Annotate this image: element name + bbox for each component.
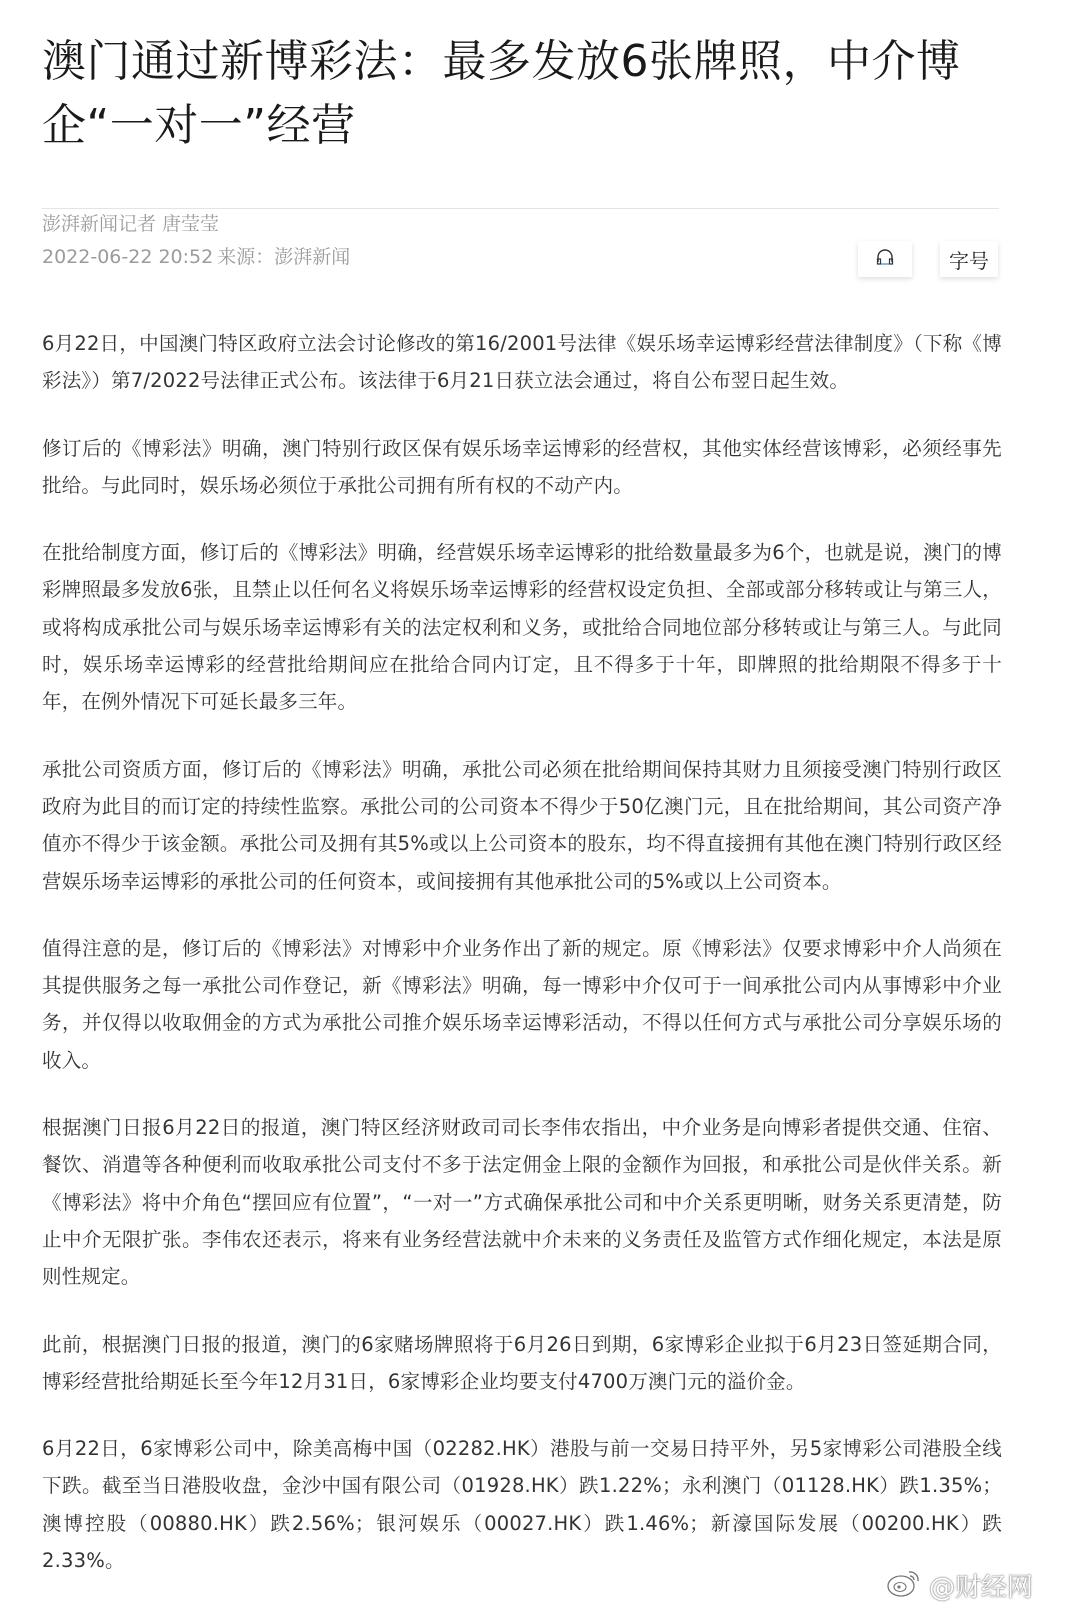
- source-name[interactable]: 澎湃新闻: [274, 246, 350, 268]
- article-body: 6月22日，中国澳门特区政府立法会讨论修改的第16/2001号法律《娱乐场幸运博…: [42, 325, 1002, 1609]
- article-title: 澳门通过新博彩法：最多发放6张牌照，中介博企“一对一”经营: [42, 30, 1042, 158]
- paragraph: 此前，根据澳门日报的报道，澳门的6家赌场牌照将于6月26日到期，6家博彩企业拟于…: [42, 1326, 1002, 1401]
- header-divider: [42, 208, 999, 209]
- watermark: @财经网: [885, 1567, 1033, 1603]
- paragraph: 根据澳门日报6月22日的报道，澳门特区经济财政司司长李伟农指出，中介业务是向博彩…: [42, 1109, 1002, 1295]
- paragraph: 值得注意的是，修订后的《博彩法》对博彩中介业务作出了新的规定。原《博彩法》仅要求…: [42, 930, 1002, 1079]
- article-byline: 澎湃新闻记者 唐莹莹: [42, 210, 219, 238]
- paragraph: 承批公司资质方面，修订后的《博彩法》明确，承批公司必须在批给期间保持其财力且须接…: [42, 751, 1002, 900]
- weibo-icon: [885, 1566, 929, 1605]
- paragraph: 修订后的《博彩法》明确，澳门特别行政区保有娱乐场幸运博彩的经营权，其他实体经营该…: [42, 430, 1002, 505]
- article-meta: 2022-06-22 20:52来源：澎湃新闻: [42, 243, 354, 271]
- paragraph: 6月22日，6家博彩公司中，除美高梅中国（02282.HK）港股与前一交易日持平…: [42, 1430, 1002, 1579]
- font-size-button[interactable]: 字号: [940, 241, 998, 277]
- source-label: 来源：: [217, 246, 274, 268]
- listen-audio-button[interactable]: [858, 241, 912, 277]
- headphones-icon: [875, 248, 895, 270]
- paragraph: 6月22日，中国澳门特区政府立法会讨论修改的第16/2001号法律《娱乐场幸运博…: [42, 325, 1002, 400]
- paragraph: 在批给制度方面，修订后的《博彩法》明确，经营娱乐场幸运博彩的批给数量最多为6个，…: [42, 534, 1002, 720]
- watermark-text: @财经网: [929, 1567, 1033, 1604]
- publish-datetime: 2022-06-22 20:52: [42, 246, 213, 268]
